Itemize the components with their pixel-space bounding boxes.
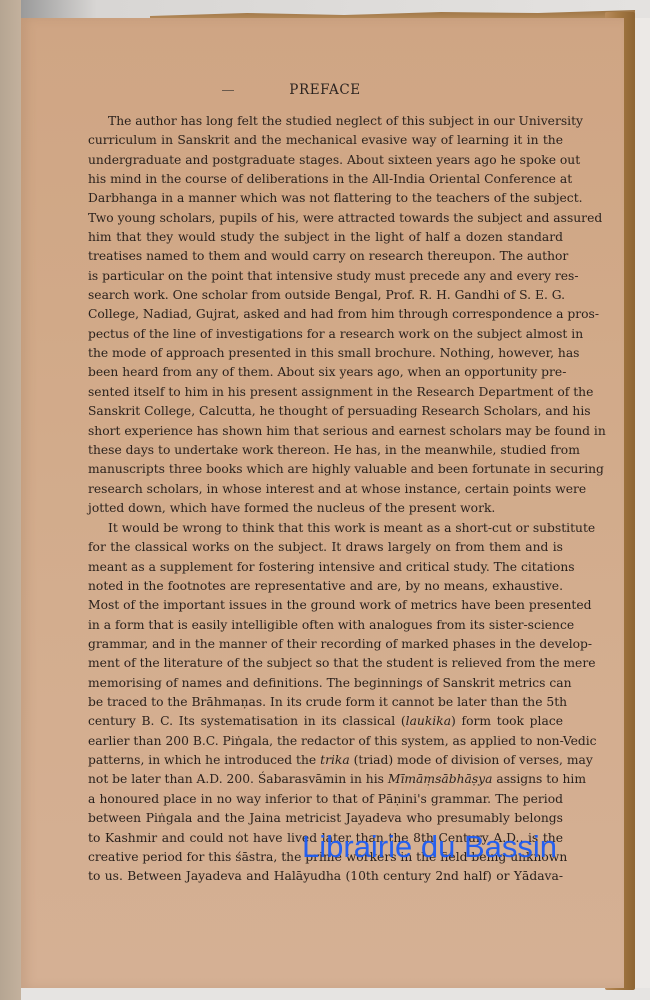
- text-line: him that they would study the subject in…: [88, 228, 563, 247]
- text-line: these days to undertake work thereon. He…: [88, 441, 563, 460]
- italic-term: Mīmāṃsābhāṣya: [388, 772, 493, 786]
- text-line: Sanskrit College, Calcutta, he thought o…: [88, 402, 563, 421]
- text-line: undergraduate and postgraduate stages. A…: [88, 151, 563, 170]
- italic-term: laukika: [406, 714, 451, 728]
- text-line: grammar, and in the manner of their reco…: [88, 635, 563, 654]
- text-line: short experience has shown him that seri…: [88, 422, 563, 441]
- text-line: The author has long felt the studied neg…: [88, 112, 563, 131]
- text-line: manuscripts three books which are highly…: [88, 460, 563, 479]
- text-line: his mind in the course of deliberations …: [88, 170, 563, 189]
- text-line: meant as a supplement for fostering inte…: [88, 558, 563, 577]
- text-line: Two young scholars, pupils of his, were …: [88, 209, 563, 228]
- text-line: between Piṅgala and the Jaina metricist …: [88, 809, 563, 828]
- text-line: for the classical works on the subject. …: [88, 538, 563, 557]
- text-line: patterns, in which he introduced the tri…: [88, 751, 563, 770]
- text-line: jotted down, which have formed the nucle…: [88, 499, 563, 518]
- text-line: pectus of the line of investigations for…: [88, 325, 563, 344]
- italic-term: trika: [320, 753, 350, 767]
- text-line: memorising of names and definitions. The…: [88, 674, 563, 693]
- page-title: PREFACE: [0, 82, 650, 98]
- text-line: Most of the important issues in the grou…: [88, 596, 563, 615]
- text-line: earlier than 200 B.C. Piṅgala, the redac…: [88, 732, 563, 751]
- text-line: is particular on the point that intensiv…: [88, 267, 563, 286]
- text-line: noted in the footnotes are representativ…: [88, 577, 563, 596]
- text-line: research scholars, in whose interest and…: [88, 480, 563, 499]
- text-line: a honoured place in no way inferior to t…: [88, 790, 563, 809]
- text-line: Darbhanga in a manner which was not flat…: [88, 189, 563, 208]
- text-line: sented itself to him in his present assi…: [88, 383, 563, 402]
- text-line: been heard from any of them. About six y…: [88, 363, 563, 382]
- text-line: ment of the literature of the subject so…: [88, 654, 563, 673]
- watermark-text: Librairie du Bassin: [302, 829, 557, 865]
- text-line: century B. C. Its systematisation in its…: [88, 712, 563, 731]
- paragraph-1: The author has long felt the studied neg…: [88, 112, 563, 518]
- background-bottom: [21, 988, 650, 1000]
- adjacent-page-edge: [0, 0, 21, 1000]
- text-line: to us. Between Jayadeva and Halāyudha (1…: [88, 867, 563, 886]
- text-line: treatises named to them and would carry …: [88, 247, 563, 266]
- text-line: in a form that is easily intelligible of…: [88, 616, 563, 635]
- text-line: be traced to the Brāhmaṇas. In its crude…: [88, 693, 563, 712]
- text-line: It would be wrong to think that this wor…: [88, 519, 563, 538]
- text-line: curriculum in Sanskrit and the mechanica…: [88, 131, 563, 150]
- text-line: College, Nadiad, Gujrat, asked and had f…: [88, 305, 563, 324]
- text-line: search work. One scholar from outside Be…: [88, 286, 563, 305]
- text-line: the mode of approach presented in this s…: [88, 344, 563, 363]
- text-line: not be later than A.D. 200. Śabarasvāmin…: [88, 770, 563, 789]
